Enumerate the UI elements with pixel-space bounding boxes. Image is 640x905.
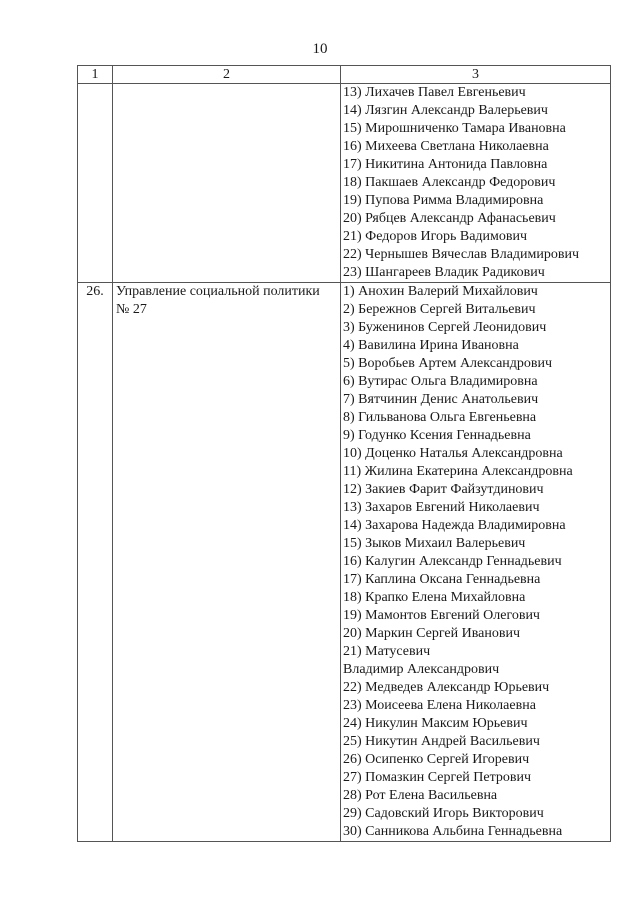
list-item: 19) Мамонтов Евгений Олегович: [343, 607, 610, 625]
list-item: 16) Калугин Александр Геннадьевич: [343, 553, 610, 571]
page-number: 10: [0, 40, 640, 58]
list-item: 8) Гильванова Ольга Евгеньевна: [343, 409, 610, 427]
list-item: 18) Крапко Елена Михайловна: [343, 589, 610, 607]
column-header-names: 3: [341, 66, 611, 84]
names-list: 1) Анохин Валерий Михайлович2) Бережнов …: [341, 283, 611, 842]
list-item: 27) Помазкин Сергей Петрович: [343, 769, 610, 787]
personnel-table: 1 2 3 13) Лихачев Павел Евгеньевич14) Ля…: [77, 65, 611, 842]
list-item: 5) Воробьев Артем Александрович: [343, 355, 610, 373]
list-item: 21) Федоров Игорь Вадимович: [343, 228, 610, 246]
list-item: 22) Чернышев Вячеслав Владимирович: [343, 246, 610, 264]
list-item: 13) Лихачев Павел Евгеньевич: [343, 84, 610, 102]
column-header-organization: 2: [113, 66, 341, 84]
organization-name: Управление социальной политики: [116, 283, 340, 301]
list-item: 1) Анохин Валерий Михайлович: [343, 283, 610, 301]
names-list: 13) Лихачев Павел Евгеньевич14) Лязгин А…: [341, 84, 611, 283]
list-item: 3) Буженинов Сергей Леонидович: [343, 319, 610, 337]
list-item: 11) Жилина Екатерина Александровна: [343, 463, 610, 481]
column-header-number: 1: [78, 66, 113, 84]
list-item: 26) Осипенко Сергей Игоревич: [343, 751, 610, 769]
list-item: 10) Доценко Наталья Александровна: [343, 445, 610, 463]
list-item: 17) Никитина Антонида Павловна: [343, 156, 610, 174]
list-item: 19) Пупова Римма Владимировна: [343, 192, 610, 210]
list-item: Владимир Александрович: [343, 661, 610, 679]
row-number: [78, 84, 113, 283]
list-item: 16) Михеева Светлана Николаевна: [343, 138, 610, 156]
row-number: 26.: [78, 283, 113, 842]
table-row: 13) Лихачев Павел Евгеньевич14) Лязгин А…: [78, 84, 611, 283]
list-item: 14) Лязгин Александр Валерьевич: [343, 102, 610, 120]
list-item: 13) Захаров Евгений Николаевич: [343, 499, 610, 517]
list-item: 25) Никутин Андрей Васильевич: [343, 733, 610, 751]
list-item: 21) Матусевич: [343, 643, 610, 661]
list-item: 20) Рябцев Александр Афанасьевич: [343, 210, 610, 228]
list-item: 12) Закиев Фарит Файзутдинович: [343, 481, 610, 499]
list-item: 20) Маркин Сергей Иванович: [343, 625, 610, 643]
table-header-row: 1 2 3: [78, 66, 611, 84]
list-item: 4) Вавилина Ирина Ивановна: [343, 337, 610, 355]
list-item: 9) Годунко Ксения Геннадьевна: [343, 427, 610, 445]
list-item: 14) Захарова Надежда Владимировна: [343, 517, 610, 535]
list-item: 2) Бережнов Сергей Витальевич: [343, 301, 610, 319]
list-item: 15) Зыков Михаил Валерьевич: [343, 535, 610, 553]
list-item: 15) Мирошниченко Тамара Ивановна: [343, 120, 610, 138]
list-item: 29) Садовский Игорь Викторович: [343, 805, 610, 823]
organization-cell: [113, 84, 341, 283]
list-item: 23) Шангареев Владик Радикович: [343, 264, 610, 282]
list-item: 23) Моисеева Елена Николаевна: [343, 697, 610, 715]
list-item: 28) Рот Елена Васильевна: [343, 787, 610, 805]
list-item: 24) Никулин Максим Юрьевич: [343, 715, 610, 733]
organization-number: № 27: [116, 301, 340, 319]
table-row: 26. Управление социальной политики № 27 …: [78, 283, 611, 842]
list-item: 18) Пакшаев Александр Федорович: [343, 174, 610, 192]
list-item: 30) Санникова Альбина Геннадьевна: [343, 823, 610, 841]
list-item: 6) Вутирас Ольга Владимировна: [343, 373, 610, 391]
list-item: 17) Каплина Оксана Геннадьевна: [343, 571, 610, 589]
list-item: 7) Вятчинин Денис Анатольевич: [343, 391, 610, 409]
list-item: 22) Медведев Александр Юрьевич: [343, 679, 610, 697]
organization-cell: Управление социальной политики № 27: [113, 283, 341, 842]
